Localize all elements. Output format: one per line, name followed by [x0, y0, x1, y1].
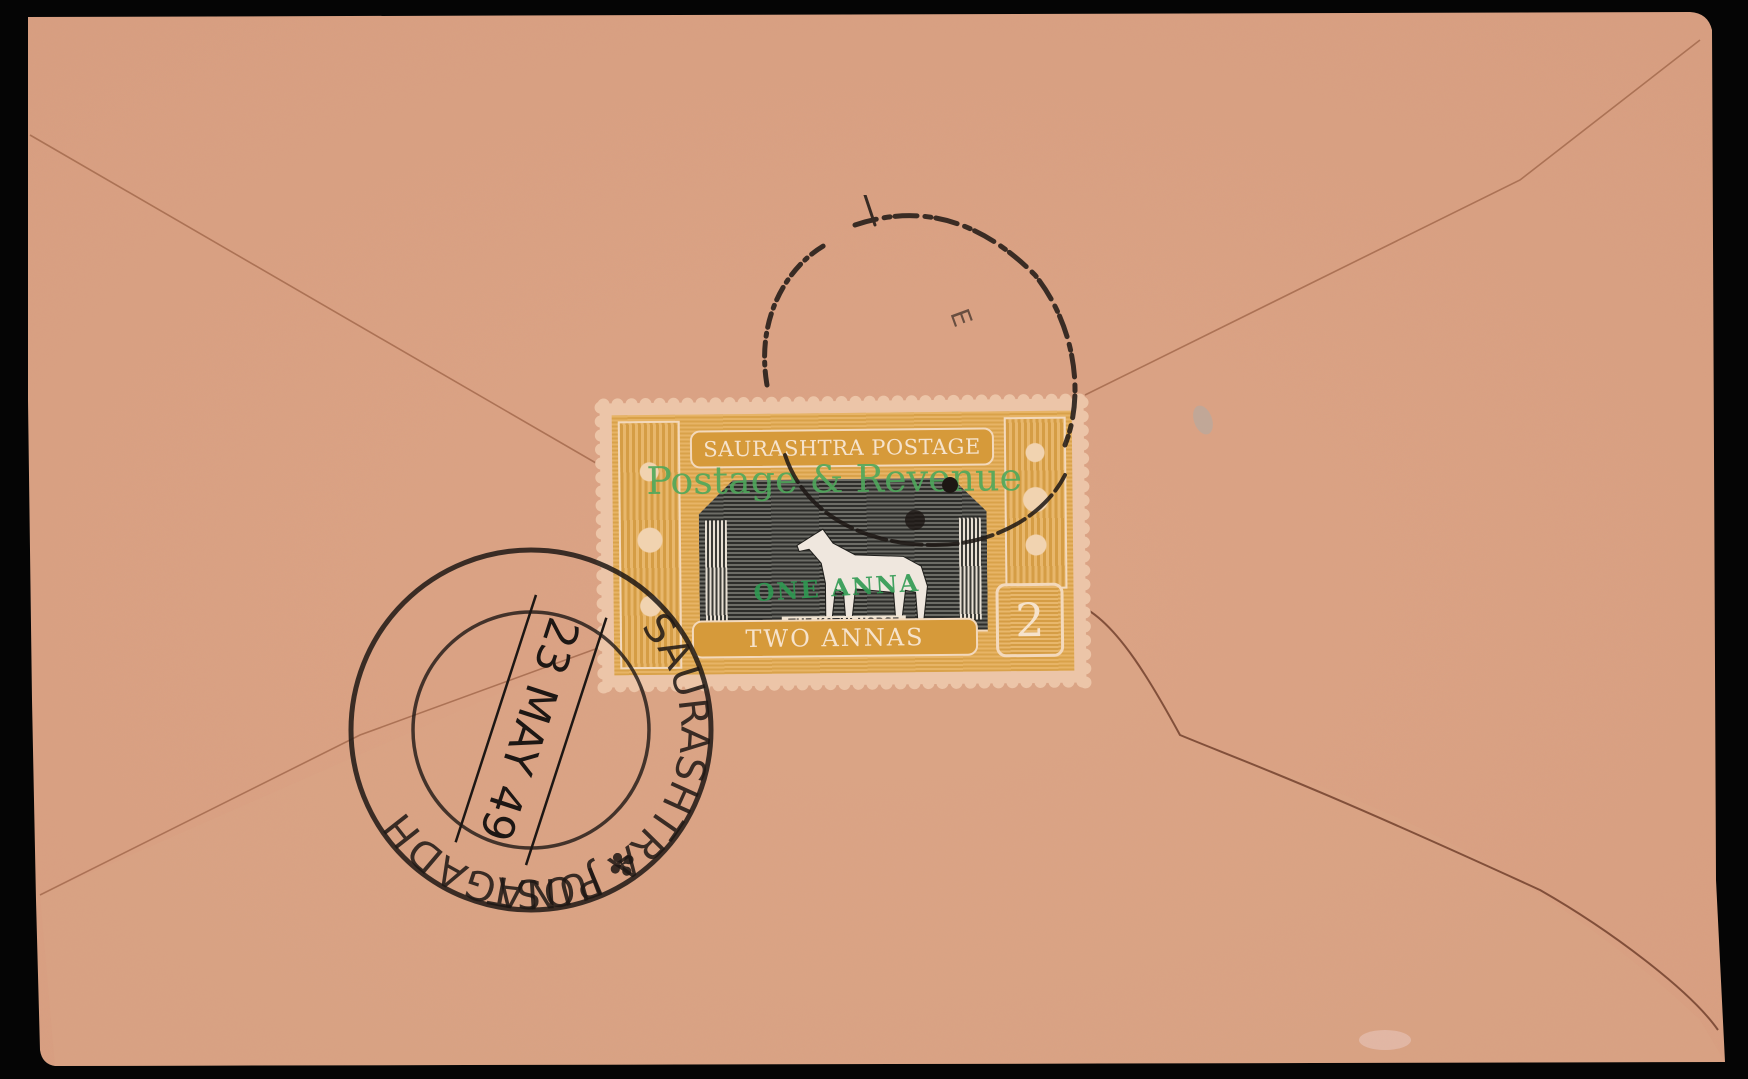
- stamp-denomination-numeral: 2: [995, 583, 1064, 658]
- stamp-denomination-text: TWO ANNAS: [692, 618, 978, 659]
- postmark-upper: E: [745, 195, 1115, 585]
- envelope-scan: SAURASHTRA POSTAGE THE KATHI HORSE TWO A…: [0, 0, 1748, 1079]
- upper-postmark-fragment: E: [943, 305, 977, 331]
- postmark-junagadh: SAURASHTRA POST ✤ JUNAGADH 23 MAY 49: [336, 535, 726, 925]
